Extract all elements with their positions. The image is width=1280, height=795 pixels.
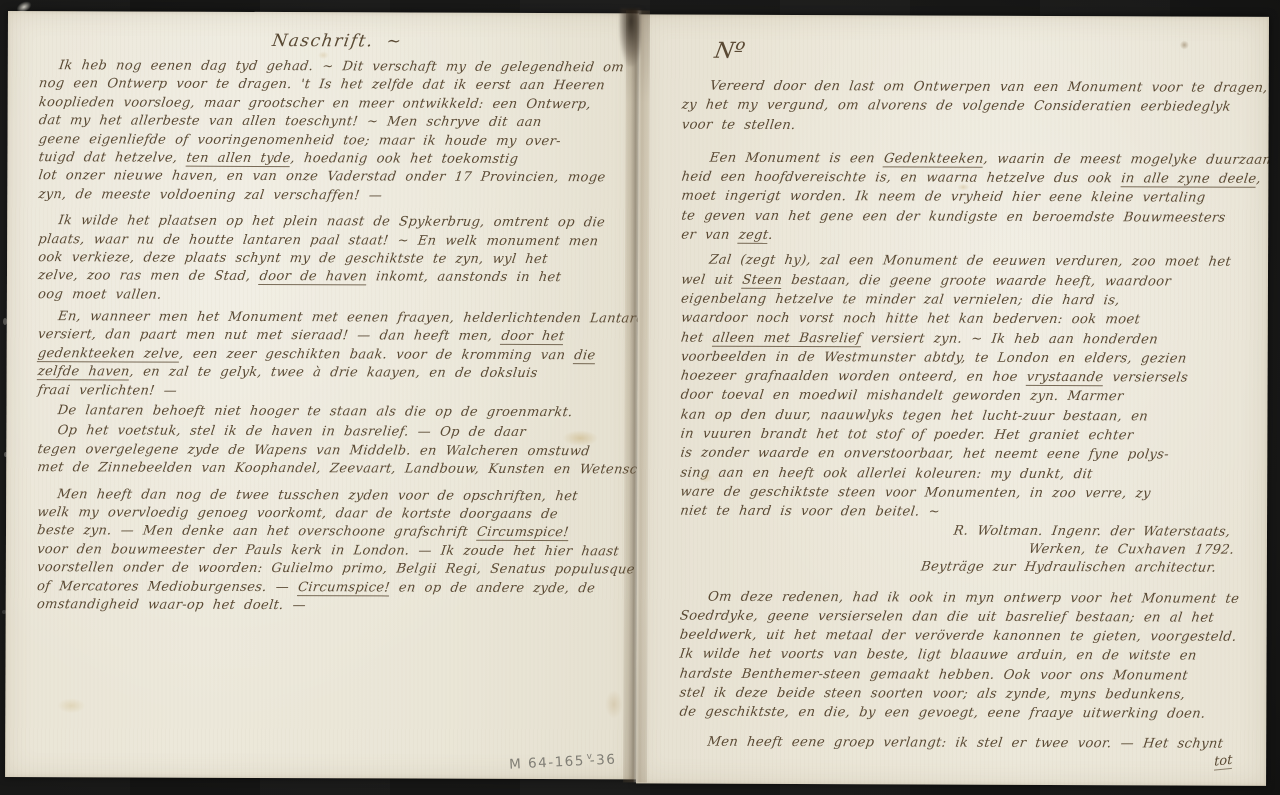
paragraph: En, wanneer men het Monument met eenen f… <box>37 308 635 402</box>
text-segment: Zal (zegt hy), zal een Monument de eeuwe… <box>708 253 1232 270</box>
manuscript-line: kan op den duur, naauwlyks tegen het luc… <box>679 405 1261 427</box>
text-segment: de geschiktste, en die, by een gevoegt, … <box>679 705 1207 722</box>
manuscript-line: Op het voetstuk, stel ik de haven in bas… <box>36 423 636 444</box>
manuscript-line: Men heeft eene groep verlangt: ik stel e… <box>678 732 1260 754</box>
manuscript-line: voorbeelden in de Westmunster abtdy, te … <box>680 347 1262 369</box>
text-segment: inkomt, aanstonds in het <box>366 270 562 286</box>
fold-smudge <box>619 8 641 66</box>
manuscript-spread: Naschrift. ~ Ik heb nog eenen dag tyd ge… <box>0 0 1280 795</box>
manuscript-line: moet ingerigt worden. Ik neem de vryheid… <box>680 187 1262 209</box>
text-segment: heid een hoofdvereischte is, en waarna h… <box>681 170 1123 187</box>
text-segment: beste zyn. — Men denke aan het overschoo… <box>36 523 478 540</box>
text-segment: , en zal te gelyk, twee à drie kaayen, e… <box>129 365 539 382</box>
text-segment: bestaan, die geene groote waarde heeft, … <box>781 273 1172 289</box>
text-segment: geene eigenliefde of vooringenomenheid t… <box>38 132 562 149</box>
text-segment: waardoor noch vorst noch hitte het kan b… <box>680 311 1141 328</box>
text-segment: versiersels <box>1102 370 1188 385</box>
archive-mark-superscript: v <box>586 752 591 762</box>
paragraph: Zal (zegt hy), zal een Monument de eeuwe… <box>679 251 1260 523</box>
manuscript-line: door toeval en moedwil mishandelt geword… <box>679 386 1261 408</box>
text-segment: voorstellen onder de woorden: Gulielmo p… <box>36 560 636 577</box>
manuscript-line: Soedrdyke, geene versierselen dan die ui… <box>679 606 1261 628</box>
left-page-text: Naschrift. ~ Ik heb nog eenen dag tyd ge… <box>36 30 636 617</box>
text-segment: , een zeer geschikten baak. voor de krom… <box>178 347 575 364</box>
text-segment: R. Woltman. Ingenr. der Waterstaats, <box>953 523 1232 539</box>
text-segment: , <box>1256 172 1262 187</box>
text-segment: voor te stellen. <box>681 117 797 132</box>
paragraph: Ik wilde het plaatsen op het plein naast… <box>37 212 635 306</box>
text-segment: . <box>768 228 774 243</box>
text-segment: Om deze redenen, had ik ook in myn ontwe… <box>707 589 1240 606</box>
underlined-phrase: Gedenkteeken <box>883 151 985 167</box>
text-segment: of Mercatores Medioburgenses. — <box>36 579 299 595</box>
manuscript-line: R. Woltman. Ingenr. der Waterstaats, <box>679 521 1232 541</box>
underlined-phrase: vrystaande <box>1026 370 1105 386</box>
manuscript-line: De lantaren behoeft niet hooger te staan… <box>36 402 636 423</box>
text-segment: zelve, zoo ras men de Stad, <box>37 268 260 284</box>
text-segment: door toeval en moedwil mishandelt geword… <box>680 388 1125 405</box>
underlined-phrase: zegt <box>738 228 770 244</box>
text-segment: Ik wilde het voorts van beste, ligt blaa… <box>679 647 1198 664</box>
manuscript-line: Een Monument is een Gedenkteeken, waarin… <box>680 148 1262 170</box>
manuscript-line: dat my het allerbeste van allen toeschyn… <box>38 112 638 133</box>
text-segment: te geven van het gene een der kundigste … <box>680 208 1226 225</box>
page-title: Naschrift. ~ <box>36 30 638 59</box>
dust-speck <box>4 452 7 457</box>
manuscript-line: oog moet vallen. <box>37 286 637 307</box>
text-segment: hoezeer grafnaalden worden onteerd, en h… <box>680 369 1028 385</box>
underlined-phrase: in alle zyne deele <box>1120 171 1257 188</box>
text-segment: ook verkieze, deze plaats schynt my de g… <box>37 250 548 267</box>
text-segment: sing aan en heeft ook allerlei koleuren:… <box>679 465 1093 482</box>
text-segment: En, wanneer men het Monument met eenen f… <box>57 309 639 326</box>
left-page: Naschrift. ~ Ik heb nog eenen dag tyd ge… <box>5 11 639 779</box>
manuscript-line: zy het my vergund, om alvorens de volgen… <box>681 96 1263 118</box>
text-segment: nog een Ontwerp voor te dragen. 't Is he… <box>38 77 606 94</box>
manuscript-line: Zal (zegt hy), zal een Monument de eeuwe… <box>680 251 1262 273</box>
archive-photograph: { "annotation": { "archive_mark_prefix":… <box>0 0 1280 795</box>
dust-speck <box>2 610 6 614</box>
text-segment: zyn, de meeste voldoening zal verschaffe… <box>38 187 384 203</box>
manuscript-line: eigenbelang hetzelve te minder zal verni… <box>680 290 1262 312</box>
underlined-phrase: gedenkteeken zelve <box>37 346 181 363</box>
text-segment: het <box>680 330 713 345</box>
manuscript-line: voor te stellen. <box>681 115 1263 137</box>
right-page: Nº Vereerd door den last om Ontwerpen va… <box>636 14 1269 785</box>
underlined-phrase: zelfde haven <box>37 364 131 380</box>
text-segment: Een Monument is een <box>709 151 885 167</box>
paragraph: Vereerd door den last om Ontwerpen van e… <box>681 77 1261 137</box>
manuscript-line: wel uit Steen bestaan, die geene groote … <box>680 270 1262 292</box>
right-page-text: Vereerd door den last om Ontwerpen van e… <box>678 77 1261 754</box>
right-page-paragraphs: Vereerd door den last om Ontwerpen van e… <box>678 77 1261 754</box>
underlined-phrase: door het <box>500 329 565 345</box>
manuscript-line: is zonder waarde en onverstoorbaar, het … <box>679 444 1261 466</box>
manuscript-line: in vuuren brandt het tot stof of poeder.… <box>679 425 1261 447</box>
text-segment: eigenbelang hetzelve te minder zal verni… <box>680 292 1121 309</box>
underlined-phrase: Circumspice! <box>476 525 570 541</box>
paragraph: De lantaren behoeft niet hooger te staan… <box>36 402 634 423</box>
underlined-phrase: die <box>573 348 596 364</box>
manuscript-line: omstandigheid waar-op het doelt. — <box>36 596 636 617</box>
text-segment: wel uit <box>680 272 743 287</box>
paragraph: Ik heb nog eenen dag tyd gehad. ~ Dit ve… <box>37 57 636 206</box>
manuscript-line: stel ik deze beide steen soorten voor; a… <box>678 684 1260 706</box>
text-segment: hardste Benthemer-steen gemaakt hebben. … <box>679 666 1189 683</box>
text-segment: beeldwerk, uit het metaal der veröverde … <box>679 628 1238 645</box>
text-segment: niet te hard is voor den beitel. ~ <box>679 504 941 520</box>
text-segment: versiert zyn. ~ Ik heb aan honderden <box>861 331 1159 347</box>
signature-block: R. Woltman. Ingenr. der Waterstaats,Werk… <box>679 521 1259 577</box>
manuscript-line: of Mercatores Medioburgenses. — Circumsp… <box>36 578 636 599</box>
underlined-phrase: alleen met Basrelief <box>711 330 862 347</box>
text-segment: , hoedanig ook het toekomstig <box>290 151 520 167</box>
manuscript-line: sing aan en heeft ook allerlei koleuren:… <box>679 463 1261 485</box>
text-segment: versiert, dan paart men nut met sieraad!… <box>37 328 502 345</box>
manuscript-line: Beyträge zur Hydraulischen architectur. <box>679 557 1218 577</box>
manuscript-line: plaats, waar nu de houtte lantaren paal … <box>37 231 637 252</box>
text-segment: kooplieden voorsloeg, maar grootscher en… <box>38 95 592 112</box>
manuscript-line: nog een Ontwerp voor te dragen. 't Is he… <box>38 76 638 97</box>
manuscript-line: beste zyn. — Men denke aan het overschoo… <box>36 522 636 543</box>
manuscript-line: Ik wilde het voorts van beste, ligt blaa… <box>679 645 1261 667</box>
left-page-paragraphs: Ik heb nog eenen dag tyd gehad. ~ Dit ve… <box>36 57 636 617</box>
text-segment: en op de andere zyde, de <box>389 580 596 596</box>
text-segment: tuigd dat hetzelve, <box>38 150 188 166</box>
paragraph: Men heeft dan nog de twee tusschen zyden… <box>36 486 634 617</box>
text-segment: met de Zinnebeelden van Koophandel, Zeev… <box>37 460 639 478</box>
text-segment: is zonder waarde en onverstoorbaar, het … <box>680 446 1170 463</box>
numero-mark: Nº <box>713 39 747 64</box>
text-segment: Ik wilde het plaatsen op het plein naast… <box>57 213 606 230</box>
manuscript-line: het alleen met Basrelief versiert zyn. ~… <box>680 328 1262 350</box>
text-segment: welk my overvloedig genoeg voorkomt, daa… <box>36 505 558 522</box>
underlined-phrase: door de haven <box>258 269 368 285</box>
text-segment: De lantaren behoeft niet hooger te staan… <box>57 403 574 420</box>
manuscript-line: Om deze redenen, had ik ook in myn ontwe… <box>679 587 1261 609</box>
text-segment: plaats, waar nu de houtte lantaren paal … <box>37 232 599 249</box>
dust-speck <box>3 318 7 325</box>
text-segment: voor den bouwmeester der Pauls kerk in L… <box>36 542 620 559</box>
text-segment: Men heeft eene groep verlangt: ik stel e… <box>706 734 1224 751</box>
text-segment: stel ik deze beide steen soorten voor; a… <box>679 686 1187 703</box>
paragraph: Op het voetstuk, stel ik de haven in bas… <box>36 423 634 480</box>
text-segment: dat my het allerbeste van allen toeschyn… <box>38 113 543 130</box>
text-segment: lot onzer nieuwe haven, en van onze Vade… <box>38 168 607 185</box>
text-segment: tegen overgelegene zyde de Wapens van Mi… <box>37 442 591 459</box>
manuscript-line: hardste Benthemer-steen gemaakt hebben. … <box>678 664 1260 686</box>
text-segment: fraai verlichten! — <box>37 383 178 399</box>
text-segment: Beyträge zur Hydraulischen architectur. <box>920 559 1217 575</box>
text-segment: oog moet vallen. <box>37 287 162 302</box>
manuscript-line: lot onzer nieuwe haven, en van onze Vade… <box>37 167 637 188</box>
text-segment: kan op den duur, naauwlyks tegen het luc… <box>680 407 1149 424</box>
paragraph: Men heeft eene groep verlangt: ik stel e… <box>678 732 1258 754</box>
manuscript-line: fraai verlichten! — <box>37 382 637 403</box>
paragraph: Om deze redenen, had ik ook in myn ontwe… <box>678 587 1259 724</box>
text-segment: , waarin de meest mogelyke duurzaam- <box>983 152 1269 168</box>
manuscript-line: Men heeft dan nog de twee tusschen zyden… <box>36 486 636 507</box>
text-segment: Werken, te Cuxhaven 1792. <box>1028 541 1236 557</box>
manuscript-line: versiert, dan paart men nut met sieraad!… <box>37 327 637 348</box>
text-segment: Ik heb nog eenen dag tyd gehad. ~ Dit ve… <box>58 58 625 75</box>
manuscript-line: te geven van het gene een der kundigste … <box>680 206 1262 228</box>
manuscript-line: niet te hard is voor den beitel. ~ <box>679 502 1261 524</box>
text-segment: ware de geschiktste steen voor Monumente… <box>679 485 1151 502</box>
manuscript-line: zelfde haven, en zal te gelyk, twee à dr… <box>37 363 637 384</box>
paragraph: Een Monument is een Gedenkteeken, waarin… <box>680 148 1260 247</box>
manuscript-line: voorstellen onder de woorden: Gulielmo p… <box>36 559 636 580</box>
underlined-phrase: Steen <box>741 272 783 288</box>
underlined-phrase: Circumspice! <box>297 580 391 596</box>
text-segment: Op het voetstuk, stel ik de haven in bas… <box>57 424 527 441</box>
text-segment: Vereerd door den last om Ontwerpen van e… <box>709 79 1269 96</box>
manuscript-line: Vereerd door den last om Ontwerpen van e… <box>681 77 1263 99</box>
text-segment: omstandigheid waar-op het doelt. — <box>36 597 307 613</box>
manuscript-line: geene eigenliefde of vooringenomenheid t… <box>37 131 637 152</box>
manuscript-line: waardoor noch vorst noch hitte het kan b… <box>680 309 1262 331</box>
catchword: tot <box>1214 753 1233 771</box>
manuscript-line: met de Zinnebeelden van Koophandel, Zeev… <box>36 459 636 480</box>
manuscript-line: er van zegt. <box>680 226 1262 248</box>
underlined-phrase: ten allen tyde <box>185 151 291 167</box>
text-segment: zy het my vergund, om alvorens de volgen… <box>681 98 1232 115</box>
manuscript-line: Werken, te Cuxhaven 1792. <box>679 539 1236 559</box>
text-segment: moet ingerigt worden. Ik neem de vryheid… <box>681 189 1207 206</box>
text-segment: voorbeelden in de Westmunster abtdy, te … <box>680 349 1188 366</box>
text-segment: in vuuren brandt het tot stof of poeder.… <box>680 427 1135 444</box>
manuscript-line: Ik wilde het plaatsen op het plein naast… <box>37 212 637 233</box>
manuscript-line: ware de geschiktste steen voor Monumente… <box>679 483 1261 505</box>
text-segment: er van <box>680 228 739 243</box>
manuscript-line: de geschiktste, en die, by een gevoegt, … <box>678 703 1260 725</box>
text-segment: Soedrdyke, geene versierselen dan die ui… <box>679 608 1215 625</box>
text-segment: Men heeft dan nog de twee tusschen zyden… <box>56 487 578 504</box>
manuscript-line: zelve, zoo ras men de Stad, door de have… <box>37 267 637 288</box>
manuscript-line: zyn, de meeste voldoening zal verschaffe… <box>37 186 637 207</box>
